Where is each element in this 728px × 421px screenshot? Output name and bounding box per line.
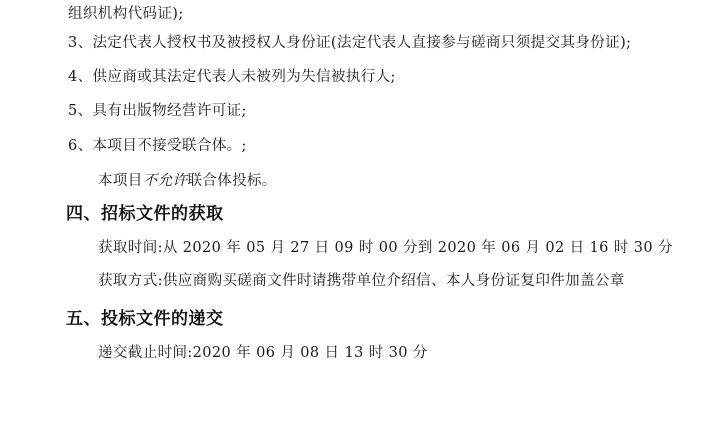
submission-deadline: 递交截止时间:2020 年 06 月 08 日 13 时 30 分	[98, 343, 428, 363]
acquisition-time: 获取时间:从 2020 年 05 月 27 日 09 时 00 分到 2020 …	[98, 238, 673, 258]
section-4-heading: 四、招标文件的获取	[66, 203, 224, 225]
acquisition-method: 获取方式:供应商购买磋商文件时请携带单位介绍信、本人身份证复印件加盖公章	[98, 271, 625, 291]
item-4-credit: 4、供应商或其法定代表人未被列为失信被执行人;	[68, 67, 396, 87]
item-6-consortium: 6、本项目不接受联合体。;	[68, 136, 247, 156]
consortium-note: 本项目不允许联合体投标。	[98, 171, 277, 191]
item-org-code-cont: 组织机构代码证);	[68, 4, 184, 24]
item-5-license: 5、具有出版物经营许可证;	[68, 101, 247, 121]
consortium-note-emphasis: 不允许	[143, 173, 188, 189]
consortium-note-prefix: 本项目	[98, 173, 143, 189]
item-3-authorization: 3、法定代表人授权书及被授权人身份证(法定代表人直接参与磋商只须提交其身份证);	[68, 33, 631, 53]
section-5-heading: 五、投标文件的递交	[66, 308, 224, 330]
consortium-note-suffix: 联合体投标。	[187, 173, 276, 189]
